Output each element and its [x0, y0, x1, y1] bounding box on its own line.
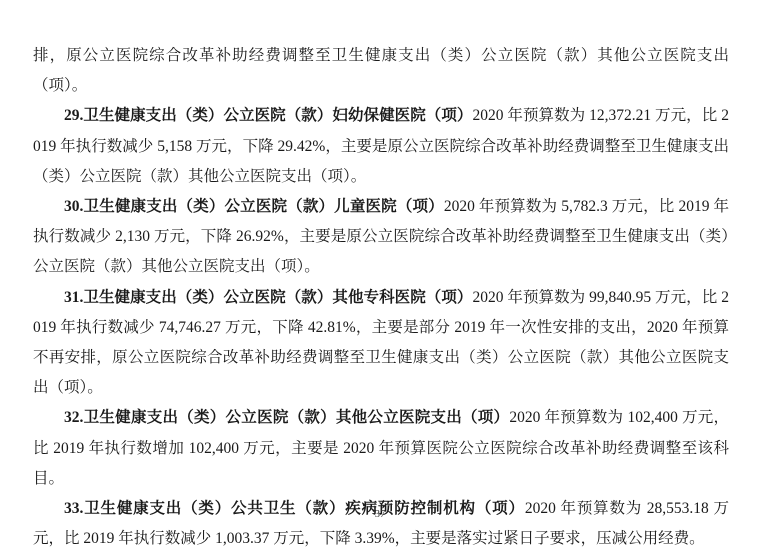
paragraph-33: 33.卫生健康支出（类）公共卫生（款）疾病预防控制机构（项）2020 年预算数为…	[33, 494, 729, 554]
paragraph-30-heading: 30.卫生健康支出（类）公立医院（款）儿童医院（项）	[64, 198, 444, 215]
document-page: 排，原公立医院综合改革补助经费调整至卫生健康支出（类）公立医院（款）其他公立医院…	[0, 0, 760, 560]
paragraph-31-heading: 31.卫生健康支出（类）公立医院（款）其他专科医院（项）	[64, 289, 472, 306]
paragraph-30: 30.卫生健康支出（类）公立医院（款）儿童医院（项）2020 年预算数为 5,7…	[33, 192, 729, 283]
paragraph-29-heading: 29.卫生健康支出（类）公立医院（款）妇幼保健医院（项）	[64, 107, 472, 124]
document-body: 排，原公立医院综合改革补助经费调整至卫生健康支出（类）公立医院（款）其他公立医院…	[33, 41, 729, 554]
paragraph-31: 31.卫生健康支出（类）公立医院（款）其他专科医院（项）2020 年预算数为 9…	[33, 283, 729, 404]
paragraph-32: 32.卫生健康支出（类）公立医院（款）其他公立医院支出（项）2020 年预算数为…	[33, 403, 729, 494]
continuation-line: 排，原公立医院综合改革补助经费调整至卫生健康支出（类）公立医院（款）其他公立医院…	[33, 41, 729, 101]
paragraph-32-heading: 32.卫生健康支出（类）公立医院（款）其他公立医院支出（项）	[64, 409, 509, 426]
page-number: 37	[0, 509, 760, 520]
paragraph-29: 29.卫生健康支出（类）公立医院（款）妇幼保健医院（项）2020 年预算数为 1…	[33, 101, 729, 192]
